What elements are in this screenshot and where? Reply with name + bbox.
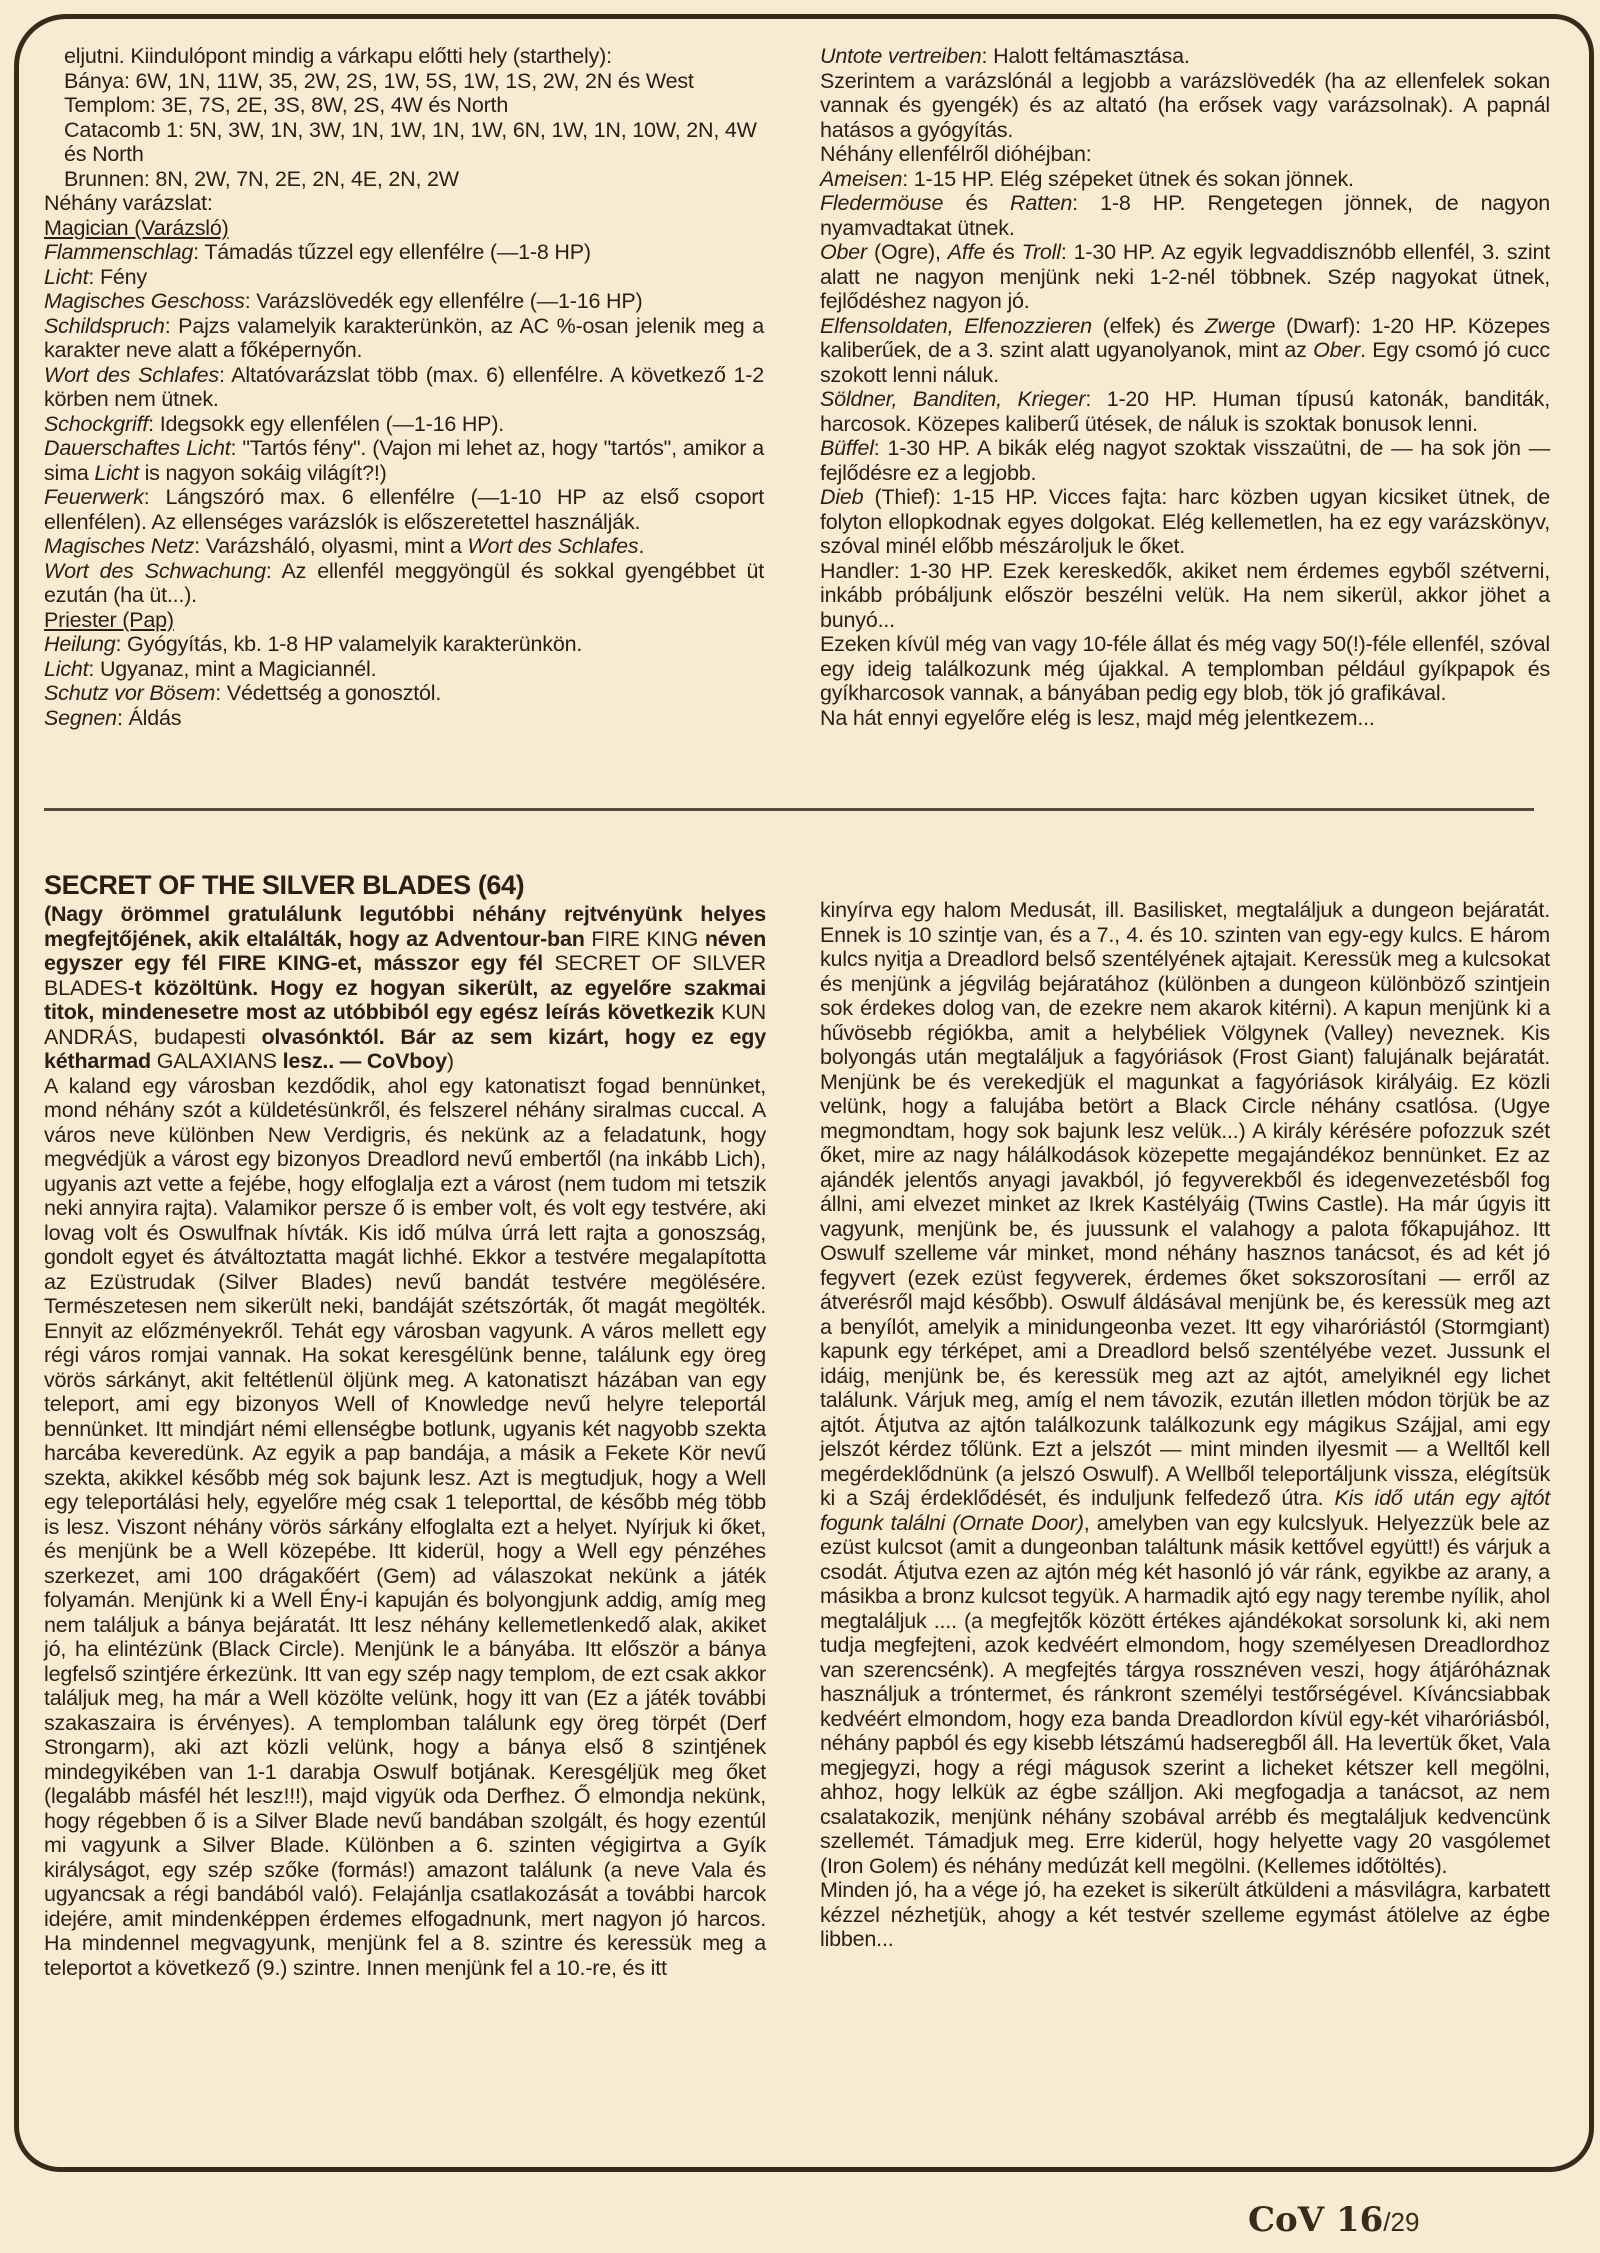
magician-spell-list: Flammenschlag: Támadás tűzzel egy ellenf…	[44, 240, 764, 608]
magician-spell-entry: Schockgriff: Idegsokk egy ellenfélen (—1…	[44, 412, 764, 437]
enemy-entry: Elfensoldaten, Elfenozzieren (elfek) és …	[820, 314, 1550, 388]
priest-spell-entry: Heilung: Gyógyítás, kb. 1-8 HP valamelyi…	[44, 632, 764, 657]
enemy-entry: Söldner, Banditen, Krieger: 1-20 HP. Hum…	[820, 387, 1550, 436]
enemy-entry: Ameisen: 1-15 HP. Elég szépeket ütnek és…	[820, 167, 1550, 192]
route-templom: Templom: 3E, 7S, 2E, 3S, 8W, 2S, 4W és N…	[44, 93, 764, 118]
magician-spell-entry: Feuerwerk: Lángszóró max. 6 ellenfélre (…	[44, 485, 764, 534]
enemy-entry: Ober (Ogre), Affe és Troll: 1-30 HP. Az …	[820, 240, 1550, 314]
enemy-list: Ameisen: 1-15 HP. Elég szépeket ütnek és…	[820, 167, 1550, 633]
priest-spell-entry: Licht: Ugyanaz, mint a Magiciannél.	[44, 657, 764, 682]
priest-spell-entry: Segnen: Áldás	[44, 706, 764, 731]
article-body-left: A kaland egy városban kezdődik, ahol egy…	[44, 1074, 766, 1981]
magician-spell-entry: Licht: Fény	[44, 265, 764, 290]
section-divider	[44, 808, 1534, 811]
magician-spell-entry: Schildspruch: Pajzs valamelyik karakterü…	[44, 314, 764, 363]
magazine-issue: CoV 16	[1248, 2200, 1383, 2240]
magician-spell-entry: Magisches Netz: Varázsháló, olyasmi, min…	[44, 534, 764, 559]
enemy-entry: Büffel: 1-30 HP. A bikák elég nagyot szo…	[820, 436, 1550, 485]
spells-heading: Néhány varázslat:	[44, 191, 764, 216]
outro-text: Ezeken kívül még van vagy 10-féle állat …	[820, 632, 1550, 706]
magician-spell-entry: Flammenschlag: Támadás tűzzel egy ellenf…	[44, 240, 764, 265]
priest-spell-list: Heilung: Gyógyítás, kb. 1-8 HP valamelyi…	[44, 632, 764, 730]
magician-spell-entry: Wort des Schwachung: Az ellenfél meggyön…	[44, 559, 764, 608]
enemies-heading: Néhány ellenfélről dióhéjban:	[820, 142, 1550, 167]
article-body-right: kinyírva egy halom Medusát, ill. Basilis…	[820, 898, 1550, 1878]
route-catacomb: Catacomb 1: 5N, 3W, 1N, 3W, 1N, 1W, 1N, …	[44, 118, 764, 167]
magician-spell-entry: Magisches Geschoss: Varázslövedék egy el…	[44, 289, 764, 314]
page-footer: CoV 16/29	[1248, 2200, 1419, 2240]
magician-heading: Magician (Varázsló)	[44, 216, 764, 241]
enemy-entry: Fledermöuse és Ratten: 1-8 HP. Rengetege…	[820, 191, 1550, 240]
untote-entry: Untote vertreiben: Halott feltámasztása.	[820, 44, 1550, 69]
priest-heading: Priester (Pap)	[44, 608, 764, 633]
enemy-entry: Dieb (Thief): 1-15 HP. Vicces fajta: har…	[820, 485, 1550, 559]
page-number: /29	[1383, 2207, 1419, 2237]
opinion-text: Szerintem a varázslónál a legjobb a vará…	[820, 69, 1550, 143]
route-banya: Bánya: 6W, 1N, 11W, 35, 2W, 2S, 1W, 5S, …	[44, 69, 764, 94]
article-title: SECRET OF THE SILVER BLADES (64)	[44, 870, 766, 900]
article-ending: Minden jó, ha a vége jó, ha ezeket is si…	[820, 1878, 1550, 1952]
enemy-guide-right-column: Untote vertreiben: Halott feltámasztása.…	[820, 44, 1550, 730]
route-brunnen: Brunnen: 8N, 2W, 7N, 2E, 2N, 4E, 2N, 2W	[44, 167, 764, 192]
magician-spell-entry: Wort des Schlafes: Altatóvarázslat több …	[44, 363, 764, 412]
start-point-text: eljutni. Kiindulópont mindig a várkapu e…	[44, 44, 764, 69]
magician-spell-entry: Dauerschaftes Licht: "Tartós fény". (Vaj…	[44, 436, 764, 485]
signoff-text: Na hát ennyi egyelőre elég is lesz, majd…	[820, 706, 1550, 731]
spell-guide-left-column: eljutni. Kiindulópont mindig a várkapu e…	[44, 44, 764, 730]
enemy-entry: Handler: 1-30 HP. Ezek kereskedők, akike…	[820, 559, 1550, 633]
article-right-column: kinyírva egy halom Medusát, ill. Basilis…	[820, 898, 1550, 1952]
article-left-column: SECRET OF THE SILVER BLADES (64) (Nagy ö…	[44, 870, 766, 1980]
article-lead: (Nagy örömmel gratulálunk legutóbbi néhá…	[44, 902, 766, 1074]
priest-spell-entry: Schutz vor Bösem: Védettség a gonosztól.	[44, 681, 764, 706]
